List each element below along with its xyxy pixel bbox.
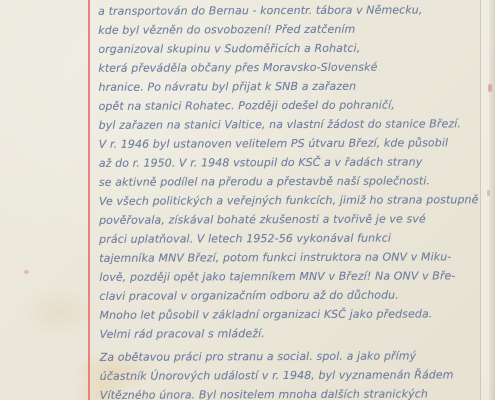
handwritten-line: pověřovala, získával bohaté zkušenosti a… (99, 209, 491, 230)
handwritten-text-block: a transportován do Bernau - koncentr. tá… (98, 0, 492, 400)
handwritten-line: clavi pracoval v organizačním odboru až … (99, 285, 491, 306)
paper-stain (24, 270, 29, 274)
handwritten-line: účastník Únorových událostí v r. 1948, b… (100, 365, 492, 386)
handwritten-line: kde byl vězněn do osvobození! Před zatče… (98, 19, 490, 40)
handwritten-line: která převáděla občany přes Moravsko-Slo… (98, 57, 490, 78)
handwritten-line: Vítězného února. Byl nositelem mnoha dal… (100, 384, 492, 400)
handwritten-line: V r. 1946 byl ustanoven velitelem PS útv… (99, 133, 491, 154)
handwritten-line: lově, později opět jako tajemníkem MNV v… (99, 266, 491, 287)
handwritten-line: tajemníka MNV Březí, potom funkci instru… (99, 247, 491, 268)
handwritten-line: Velmi rád pracoval s mládeží. (100, 323, 492, 344)
handwritten-line: organizoval skupinu v Sudoměřicích a Roh… (98, 38, 490, 59)
handwritten-line: byl zařazen na stanici Valtice, na vlast… (99, 114, 491, 135)
handwritten-line: Ve všech politických a veřejných funkcíc… (99, 190, 491, 211)
page-edge-fold (480, 0, 489, 400)
page-edge-shadow (489, 0, 495, 400)
paper-stain (488, 84, 492, 92)
handwritten-line: se aktivně podílel na přerodu a přestavb… (99, 171, 491, 192)
handwritten-line: a transportován do Bernau - koncentr. tá… (98, 0, 490, 21)
handwritten-line: Mnoho let působil v základní organizaci … (99, 304, 491, 325)
paper-stain (487, 190, 490, 196)
handwritten-line: hranice. Po návratu byl přijat k SNB a z… (98, 76, 490, 97)
handwritten-line: opět na stanici Rohatec. Později odešel … (99, 95, 491, 116)
red-margin-rule (88, 0, 90, 400)
handwritten-line: práci uplatňoval. V letech 1952-56 vykon… (99, 228, 491, 249)
handwritten-line: Za obětavou práci pro stranu a social. s… (100, 346, 492, 367)
handwritten-line: až do r. 1950. V r. 1948 vstoupil do KSČ… (99, 152, 491, 173)
